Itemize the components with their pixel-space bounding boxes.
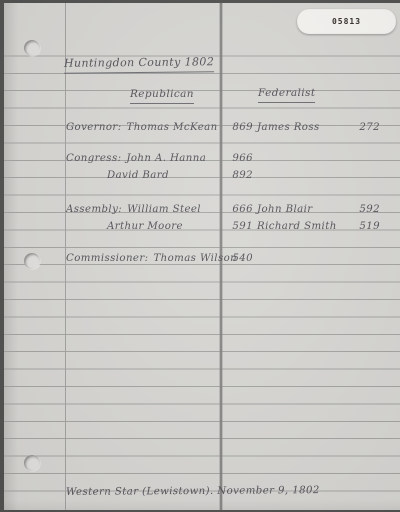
federalist-candidate: Richard Smith	[257, 221, 337, 232]
column-header-republican: Republican	[130, 88, 194, 104]
republican-votes: 666	[217, 204, 253, 215]
republican-votes: 869	[217, 122, 253, 133]
republican-candidate: David Bard	[107, 170, 169, 181]
office-label: Commissioner:Thomas Wilson	[66, 253, 237, 264]
archive-number: 05813	[332, 17, 361, 26]
republican-candidate: Thomas McKean	[127, 122, 218, 133]
republican-votes: 892	[217, 170, 253, 181]
federalist-candidate: James Ross	[257, 122, 320, 133]
federalist-votes: 519	[340, 221, 380, 232]
federalist-votes: 592	[340, 204, 380, 215]
result-row-assembly-1: Assembly:William Steel 666 John Blair 59…	[4, 204, 400, 219]
office-label: Congress:John A. Hanna	[66, 153, 206, 164]
ruled-lines	[4, 39, 400, 506]
republican-candidate: John A. Hanna	[126, 153, 206, 164]
result-row-congress-1: Congress:John A. Hanna 966	[4, 153, 400, 168]
column-header-federalist: Federalist	[258, 87, 315, 103]
republican-votes: 966	[217, 153, 253, 164]
federalist-candidate: John Blair	[257, 204, 313, 215]
result-row-congress-2: David Bard 892	[4, 170, 400, 185]
republican-votes: 540	[217, 253, 253, 264]
republican-votes: 591	[217, 221, 253, 232]
scanned-document: 05813 Huntingdon County 1802 Republican …	[0, 0, 400, 512]
federalist-votes: 272	[340, 122, 380, 133]
republican-candidate: Arthur Moore	[107, 221, 183, 232]
hole-punch	[24, 455, 40, 471]
page-title: Huntingdon County 1802	[64, 55, 214, 74]
result-row-commissioner: Commissioner:Thomas Wilson 540	[4, 253, 400, 268]
republican-candidate: William Steel	[127, 204, 201, 215]
source-citation: Western Star (Lewistown). November 9, 18…	[66, 485, 320, 498]
result-row-governor: Governor:Thomas McKean 869 James Ross 27…	[4, 122, 400, 137]
office-label: Governor:Thomas McKean	[66, 122, 218, 133]
lined-paper-sheet: 05813 Huntingdon County 1802 Republican …	[4, 3, 400, 510]
office-label: Assembly:William Steel	[66, 204, 201, 215]
hole-punch	[24, 40, 40, 56]
archive-number-sticker: 05813	[297, 9, 396, 34]
result-row-assembly-2: Arthur Moore 591 Richard Smith 519	[4, 221, 400, 236]
